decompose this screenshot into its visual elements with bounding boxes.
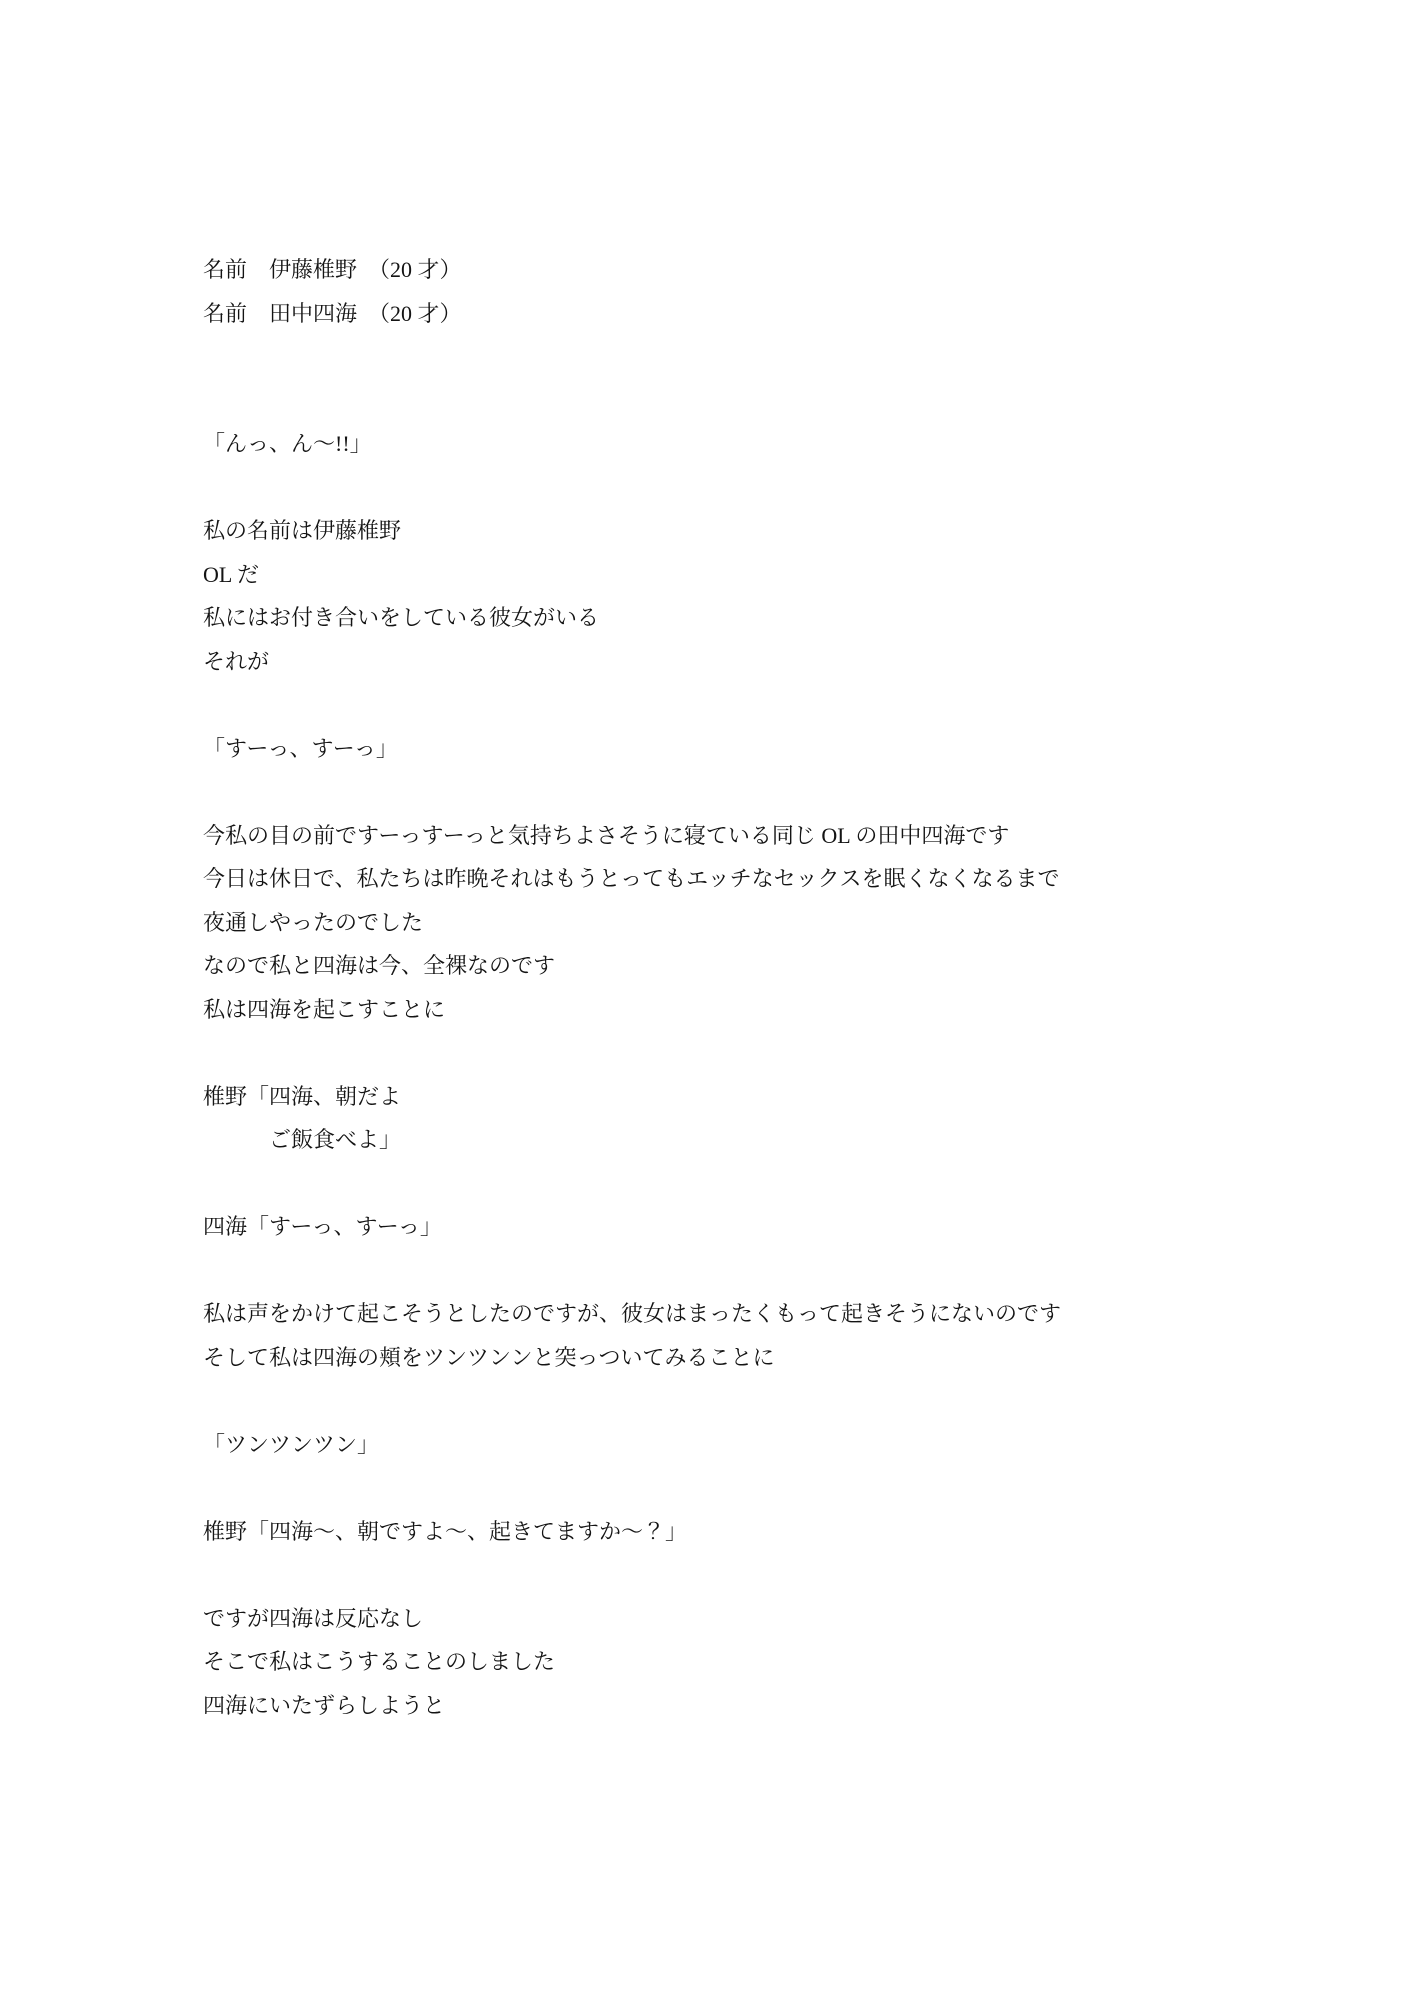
blank-line: [203, 1162, 1354, 1206]
text-line: 私の名前は伊藤椎野: [203, 509, 1354, 553]
text-line: 「んっ、ん～!!」: [203, 422, 1354, 466]
text-line: なので私と四海は今、全裸なのです: [203, 944, 1354, 988]
blank-line: [203, 335, 1354, 379]
text-line: 名前 伊藤椎野 （20 才）: [203, 248, 1354, 292]
blank-line: [203, 770, 1354, 814]
text-line: ご飯食べよ」: [203, 1118, 1354, 1162]
blank-line: [203, 1466, 1354, 1510]
blank-line: [203, 1379, 1354, 1423]
text-line: 夜通しやったのでした: [203, 901, 1354, 945]
blank-line: [203, 1031, 1354, 1075]
text-line: 今日は休日で、私たちは昨晩それはもうとってもエッチなセックスを眠くなくなるまで: [203, 857, 1354, 901]
text-line: 「すーっ、すーっ」: [203, 727, 1354, 771]
document-text: 名前 伊藤椎野 （20 才）名前 田中四海 （20 才） 「んっ、ん～!!」 私…: [203, 248, 1354, 1727]
text-line: そこで私はこうすることのしました: [203, 1640, 1354, 1684]
document-page: 名前 伊藤椎野 （20 才）名前 田中四海 （20 才） 「んっ、ん～!!」 私…: [0, 0, 1414, 2000]
text-line: ですが四海は反応なし: [203, 1597, 1354, 1641]
text-line: 名前 田中四海 （20 才）: [203, 292, 1354, 336]
text-line: 椎野「四海、朝だよ: [203, 1075, 1354, 1119]
blank-line: [203, 683, 1354, 727]
text-line: それが: [203, 640, 1354, 684]
text-line: 私は声をかけて起こそうとしたのですが、彼女はまったくもって起きそうにないのです: [203, 1292, 1354, 1336]
text-line: 「ツンツンツン」: [203, 1423, 1354, 1467]
blank-line: [203, 379, 1354, 423]
text-line: 私は四海を起こすことに: [203, 988, 1354, 1032]
blank-line: [203, 1553, 1354, 1597]
text-line: 四海「すーっ、すーっ」: [203, 1205, 1354, 1249]
text-line: 四海にいたずらしようと: [203, 1684, 1354, 1728]
text-line: 私にはお付き合いをしている彼女がいる: [203, 596, 1354, 640]
blank-line: [203, 1249, 1354, 1293]
text-line: 今私の目の前ですーっすーっと気持ちよさそうに寝ている同じ OL の田中四海です: [203, 814, 1354, 858]
text-line: OL だ: [203, 553, 1354, 597]
text-line: 椎野「四海～、朝ですよ～、起きてますか～？」: [203, 1510, 1354, 1554]
blank-line: [203, 466, 1354, 510]
text-line: そして私は四海の頬をツンツンンと突っついてみることに: [203, 1336, 1354, 1380]
